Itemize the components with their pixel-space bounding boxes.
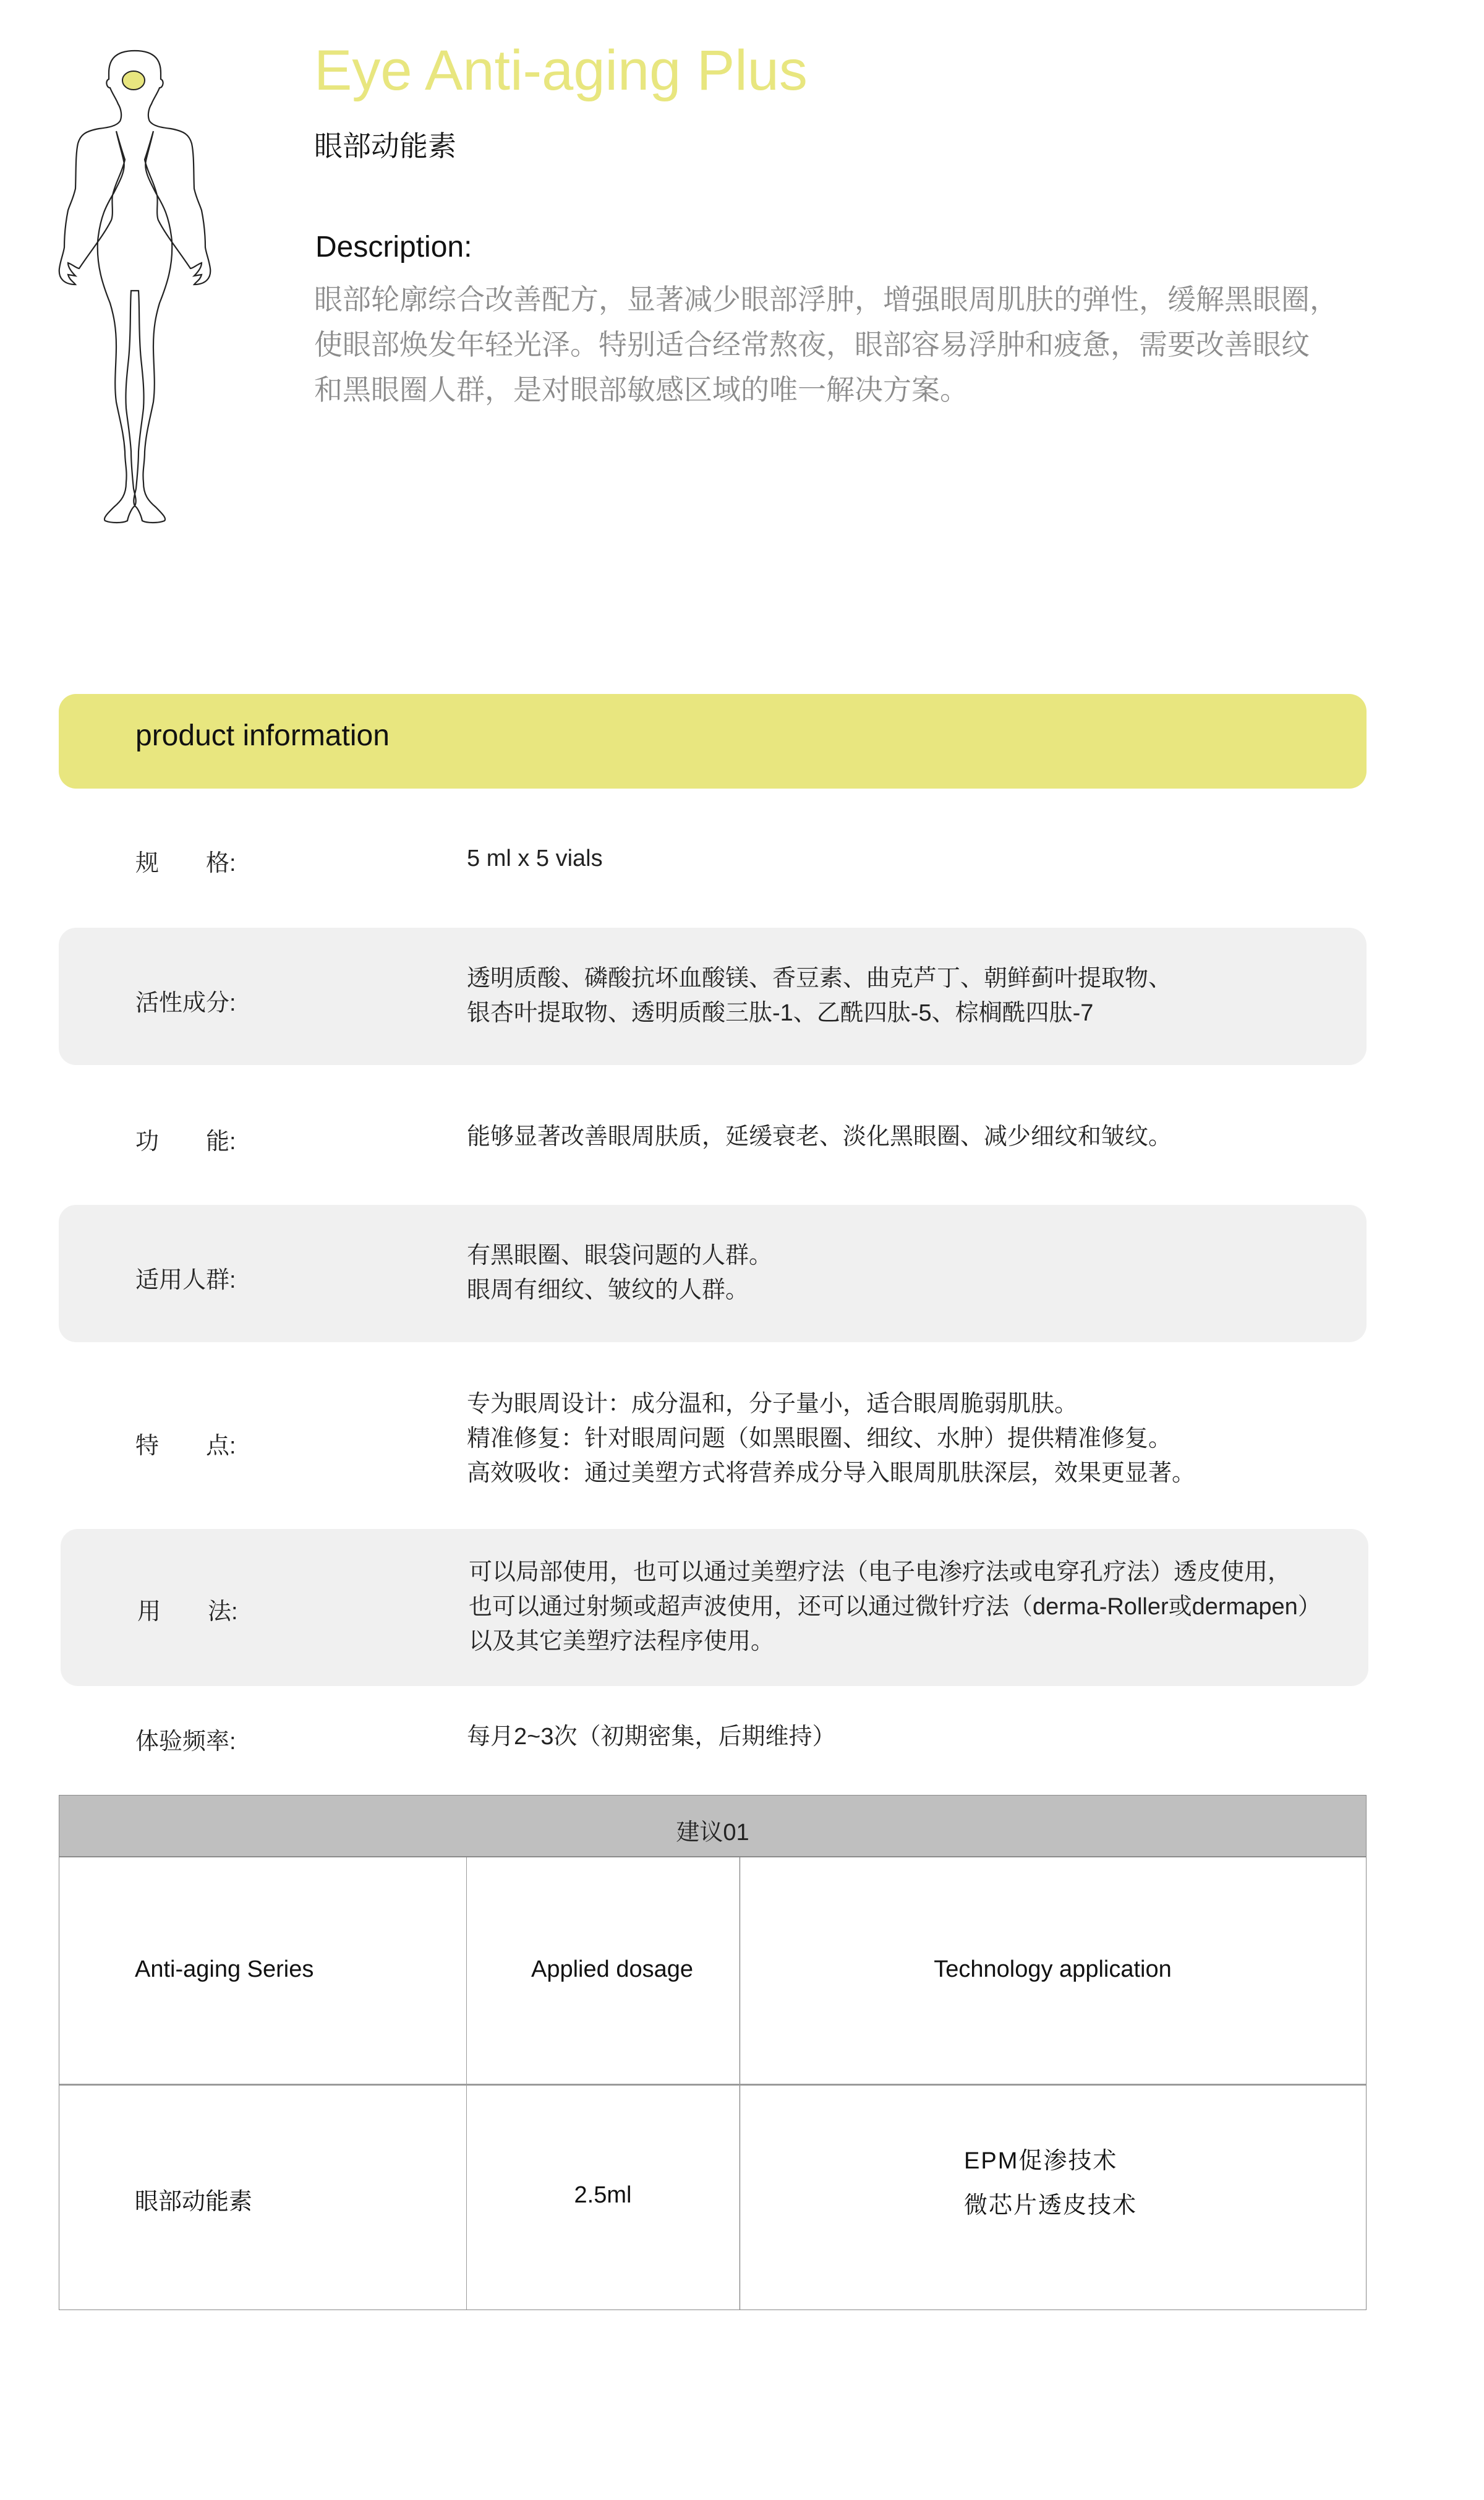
info-row-value: 能够显著改善眼周肤质，延缓衰老、淡化黑眼圈、减少细纹和皱纹。	[467, 1119, 1172, 1154]
info-row-value-line: 也可以通过射频或超声波使用，还可以通过微针疗法（derma-Roller或der…	[469, 1590, 1321, 1624]
info-row-label: 用 法:	[137, 1592, 238, 1626]
info-row-ingredients: 活性成分: 透明质酸、磷酸抗坏血酸镁、香豆素、曲克芦丁、朝鲜蓟叶提取物、 银杏叶…	[59, 928, 1367, 1065]
info-row-label: 体验频率:	[135, 1722, 236, 1756]
info-row-value: 专为眼周设计：成分温和，分子量小，适合眼周脆弱肌肤。 精准修复：针对眼周问题（如…	[467, 1387, 1195, 1491]
info-row-value: 可以局部使用，也可以通过美塑疗法（电子电渗疗法或电穿孔疗法）透皮使用， 也可以通…	[469, 1555, 1321, 1659]
info-row-value-line: 透明质酸、磷酸抗坏血酸镁、香豆素、曲克芦丁、朝鲜蓟叶提取物、	[467, 961, 1172, 996]
info-row-value: 有黑眼圈、眼袋问题的人群。 眼周有细纹、皱纹的人群。	[467, 1238, 772, 1308]
recommendation-table: 建议01 Anti-aging Series Applied dosage Te…	[59, 1795, 1367, 2310]
column-header-dosage: Applied dosage	[466, 1956, 740, 1983]
product-information-heading: product information	[135, 719, 390, 753]
row-divider	[59, 2084, 1366, 2086]
info-row-value-line: 精准修复：针对眼周问题（如黑眼圈、细纹、水肿）提供精准修复。	[467, 1421, 1195, 1456]
table-cell-technology: EPM促渗技术 微芯片透皮技术	[964, 2139, 1137, 2228]
info-row-label: 活性成分:	[135, 983, 236, 1017]
info-row-value-line: 以及其它美塑疗法程序使用。	[469, 1624, 1321, 1659]
description-line: 使眼部焕发年轻光泽。特别适合经常熬夜，眼部容易浮肿和疲惫，需要改善眼纹	[314, 322, 1446, 367]
info-row-value: 每月2~3次（初期密集，后期维持）	[467, 1719, 835, 1754]
human-body-outline-icon	[54, 37, 215, 550]
description-text: 眼部轮廓综合改善配方，显著减少眼部浮肿，增强眼周肌肤的弹性，缓解黑眼圈， 使眼部…	[314, 277, 1446, 413]
info-row-value: 透明质酸、磷酸抗坏血酸镁、香豆素、曲克芦丁、朝鲜蓟叶提取物、 银杏叶提取物、透明…	[467, 961, 1172, 1030]
info-row-label: 功 能:	[135, 1122, 236, 1156]
description-line: 和黑眼圈人群，是对眼部敏感区域的唯一解决方案。	[314, 367, 1446, 413]
technology-item: EPM促渗技术	[964, 2139, 1137, 2183]
technology-item: 微芯片透皮技术	[964, 2183, 1137, 2228]
column-header-technology: Technology application	[740, 1956, 1366, 1983]
table-cell-series: 眼部动能素	[135, 2182, 252, 2216]
recommendation-title: 建议01	[59, 1813, 1366, 1847]
info-row-value-line: 专为眼周设计：成分温和，分子量小，适合眼周脆弱肌肤。	[467, 1387, 1195, 1421]
table-cell-dosage: 2.5ml	[466, 2182, 740, 2209]
human-body-figure	[54, 37, 215, 550]
info-row-label: 规 格:	[135, 844, 236, 878]
info-row-target-group: 适用人群: 有黑眼圈、眼袋问题的人群。 眼周有细纹、皱纹的人群。	[59, 1205, 1367, 1342]
info-row-label: 特 点:	[135, 1426, 236, 1460]
description-line: 眼部轮廓综合改善配方，显著减少眼部浮肿，增强眼周肌肤的弹性，缓解黑眼圈，	[314, 277, 1446, 322]
info-row-spec: 规 格: 5 ml x 5 vials	[59, 835, 1367, 884]
head-highlight-icon	[122, 71, 145, 90]
product-subtitle: 眼部动能素	[314, 124, 456, 165]
product-information-banner: product information	[59, 694, 1367, 789]
info-row-function: 功 能: 能够显著改善眼周肤质，延缓衰老、淡化黑眼圈、减少细纹和皱纹。	[59, 1113, 1367, 1163]
description-label: Description:	[315, 230, 472, 264]
info-row-value-line: 高效吸收：通过美塑方式将营养成分导入眼周肌肤深层，效果更显著。	[467, 1456, 1195, 1491]
column-header-series: Anti-aging Series	[135, 1956, 313, 1983]
info-row-frequency: 体验频率: 每月2~3次（初期密集，后期维持）	[59, 1713, 1367, 1763]
info-row-features: 特 点: 专为眼周设计：成分温和，分子量小，适合眼周脆弱肌肤。 精准修复：针对眼…	[59, 1383, 1367, 1500]
product-title: Eye Anti-aging Plus	[314, 38, 808, 103]
info-row-value-line: 能够显著改善眼周肤质，延缓衰老、淡化黑眼圈、减少细纹和皱纹。	[467, 1119, 1172, 1154]
info-row-value-line: 5 ml x 5 vials	[467, 841, 603, 876]
info-row-value-line: 眼周有细纹、皱纹的人群。	[467, 1273, 772, 1308]
recommendation-table-header: 建议01	[59, 1796, 1366, 1857]
info-row-value-line: 可以局部使用，也可以通过美塑疗法（电子电渗疗法或电穿孔疗法）透皮使用，	[469, 1555, 1321, 1590]
info-row-value-line: 银杏叶提取物、透明质酸三肽-1、乙酰四肽-5、棕榈酰四肽-7	[467, 996, 1172, 1030]
info-row-value: 5 ml x 5 vials	[467, 841, 603, 876]
info-row-usage: 用 法: 可以局部使用，也可以通过美塑疗法（电子电渗疗法或电穿孔疗法）透皮使用，…	[61, 1529, 1368, 1686]
info-row-label: 适用人群:	[135, 1261, 236, 1295]
info-row-value-line: 有黑眼圈、眼袋问题的人群。	[467, 1238, 772, 1273]
info-row-value-line: 每月2~3次（初期密集，后期维持）	[467, 1719, 835, 1754]
